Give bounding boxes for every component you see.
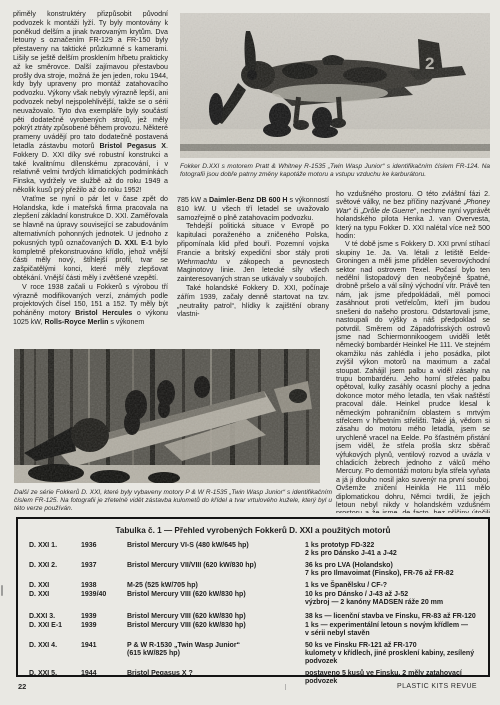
table-row: D. XXI 2. 1937 Bristol Mercury VII/VIII … [29,562,480,578]
version-cell: D. XXI 1. [29,542,81,558]
table-row: D. XXI 1939/40 Bristol Mercury VIII (620… [29,591,480,607]
scan-artifact-mark [1,585,3,596]
engine-name-bold: Bristol Pegasus X [100,142,166,150]
type-name-bold: D. XXI. E-1 [115,239,152,247]
version-cell: D. XXI E-1 [29,622,81,638]
paragraph: V té době jsme s Fokkery D. XXI první st… [336,240,490,513]
engine-cell: M-25 (525 kW/705 hp) [127,582,305,590]
engine-cell: Bristol Mercury VIII (620 kW/830 hp) [127,591,305,607]
engine-cell: Bristol Pegasus X ? [127,670,305,686]
version-cell: D. XXI 5. [29,670,81,686]
italic-term: Wehrmachtu [177,258,217,266]
notes-cell: 1 ks ve Španělsku / CF-? [305,582,480,590]
year-cell: 1937 [81,562,127,578]
engine-name-bold: Bristol Hercules [75,309,132,317]
year-cell: 1938 [81,582,127,590]
engine-name-bold: Daimler-Benz DB 600 H [209,196,288,204]
notes-cell: 36 ks pro LVA (Holandsko) 7 ks pro Ilmav… [305,562,480,578]
notes-cell: 1 ks prototyp FD-322 2 ks pro Dánsko J-4… [305,542,480,558]
paragraph: ho vzdušného prostoru. O této zvláštní f… [336,190,490,240]
table-row: D. XXI 1. 1936 Bristol Mercury VI-S (480… [29,542,480,558]
table-row: D.XXI 3. 1939 Bristol Mercury VIII (620 … [29,613,480,621]
magazine-title: PLASTIC KITS REVUE [397,683,477,690]
text-column-1: přiměly konstruktéry přizpůsobit původní… [13,10,168,347]
table-row: D. XXI E-1 1939 Bristol Mercury VIII (62… [29,622,480,638]
scan-artifact-mark [285,684,286,690]
paragraph: Vraťme se nyní o pár let v čase zpět do … [13,195,168,283]
engine-cell: Bristol Mercury VII/VIII (620 kW/830 hp) [127,562,305,578]
engine-cell: P & W R-1530 „Twin Wasp Junior“ (615 kW/… [127,642,305,666]
paragraph: 785 kW a Daimler-Benz DB 600 H s výkonno… [177,196,329,222]
year-cell: 1939 [81,613,127,621]
notes-cell: 1 ks — experimentální letoun s novým kří… [305,622,480,638]
engine-name-bold: Rolls-Royce Merlin [45,318,109,326]
photo1-caption: Fokker D.XXI s motorem Pratt & Whitney R… [180,163,490,179]
notes-cell: 10 ks pro Dánsko / J-43 až J-52 výzbroj … [305,591,480,607]
body-text: “ či „ [349,207,363,215]
body-text: Tehdejší politická situace v Evropě po k… [177,222,329,256]
year-cell: 1944 [81,670,127,686]
photo2-caption: Další ze série Fokkerů D. XXI, které byl… [14,489,332,513]
aircraft-photo-illustration [14,349,320,483]
text-column-2: 785 kW a Daimler-Benz DB 600 H s výkonno… [177,196,329,346]
paragraph: Také holandské Fokkery D. XXI, počínaje … [177,284,329,319]
version-cell: D. XXI 4. [29,642,81,666]
photo-fokker-fr125 [14,349,320,483]
version-cell: D. XXI 2. [29,562,81,578]
version-cell: D. XXI [29,591,81,607]
paragraph: Tehdejší politická situace v Evropě po k… [177,222,329,284]
text-column-3: ho vzdušného prostoru. O této zvláštní f… [336,190,490,513]
paragraph: přiměly konstruktéry přizpůsobit původní… [13,10,168,195]
page-number: 22 [18,682,26,691]
table-title: Tabulka č. 1 — Přehled vyrobených Fokker… [18,526,488,535]
aircraft-photo-illustration: 2 [180,13,490,158]
notes-cell: 38 ks — licenční stavba ve Finsku, FR-83… [305,613,480,621]
photo-fokker-fr124: 2 [180,13,490,158]
italic-term: Drôle de Guerre [363,207,414,215]
body-text: s výkonem [108,318,144,326]
notes-cell: 50 ks ve Finsku FR-121 až FR-170 kulomet… [305,642,480,666]
table-row: D. XXI 4. 1941 P & W R-1530 „Twin Wasp J… [29,642,480,666]
engine-cell: Bristol Mercury VI-S (480 kW/645 hp) [127,542,305,558]
body-text: přiměly konstruktéry přizpůsobit původní… [13,10,168,150]
magazine-page: přiměly konstruktéry přizpůsobit původní… [0,0,500,705]
table-row: D. XXI 1938 M-25 (525 kW/705 hp) 1 ks ve… [29,582,480,590]
version-cell: D. XXI [29,582,81,590]
year-cell: 1936 [81,542,127,558]
year-cell: 1941 [81,642,127,666]
fokker-versions-table: Tabulka č. 1 — Přehled vyrobených Fokker… [16,517,490,677]
body-text: 785 kW a [177,196,209,204]
engine-cell: Bristol Mercury VIII (620 kW/830 hp) [127,613,305,621]
year-cell: 1939 [81,622,127,638]
engine-cell: Bristol Mercury VIII (620 kW/830 hp) [127,622,305,638]
version-cell: D.XXI 3. [29,613,81,621]
table-rows: D. XXI 1. 1936 Bristol Mercury VI-S (480… [29,542,480,686]
paragraph: V roce 1938 začali u Fokkerů s výrobou t… [13,283,168,327]
year-cell: 1939/40 [81,591,127,607]
